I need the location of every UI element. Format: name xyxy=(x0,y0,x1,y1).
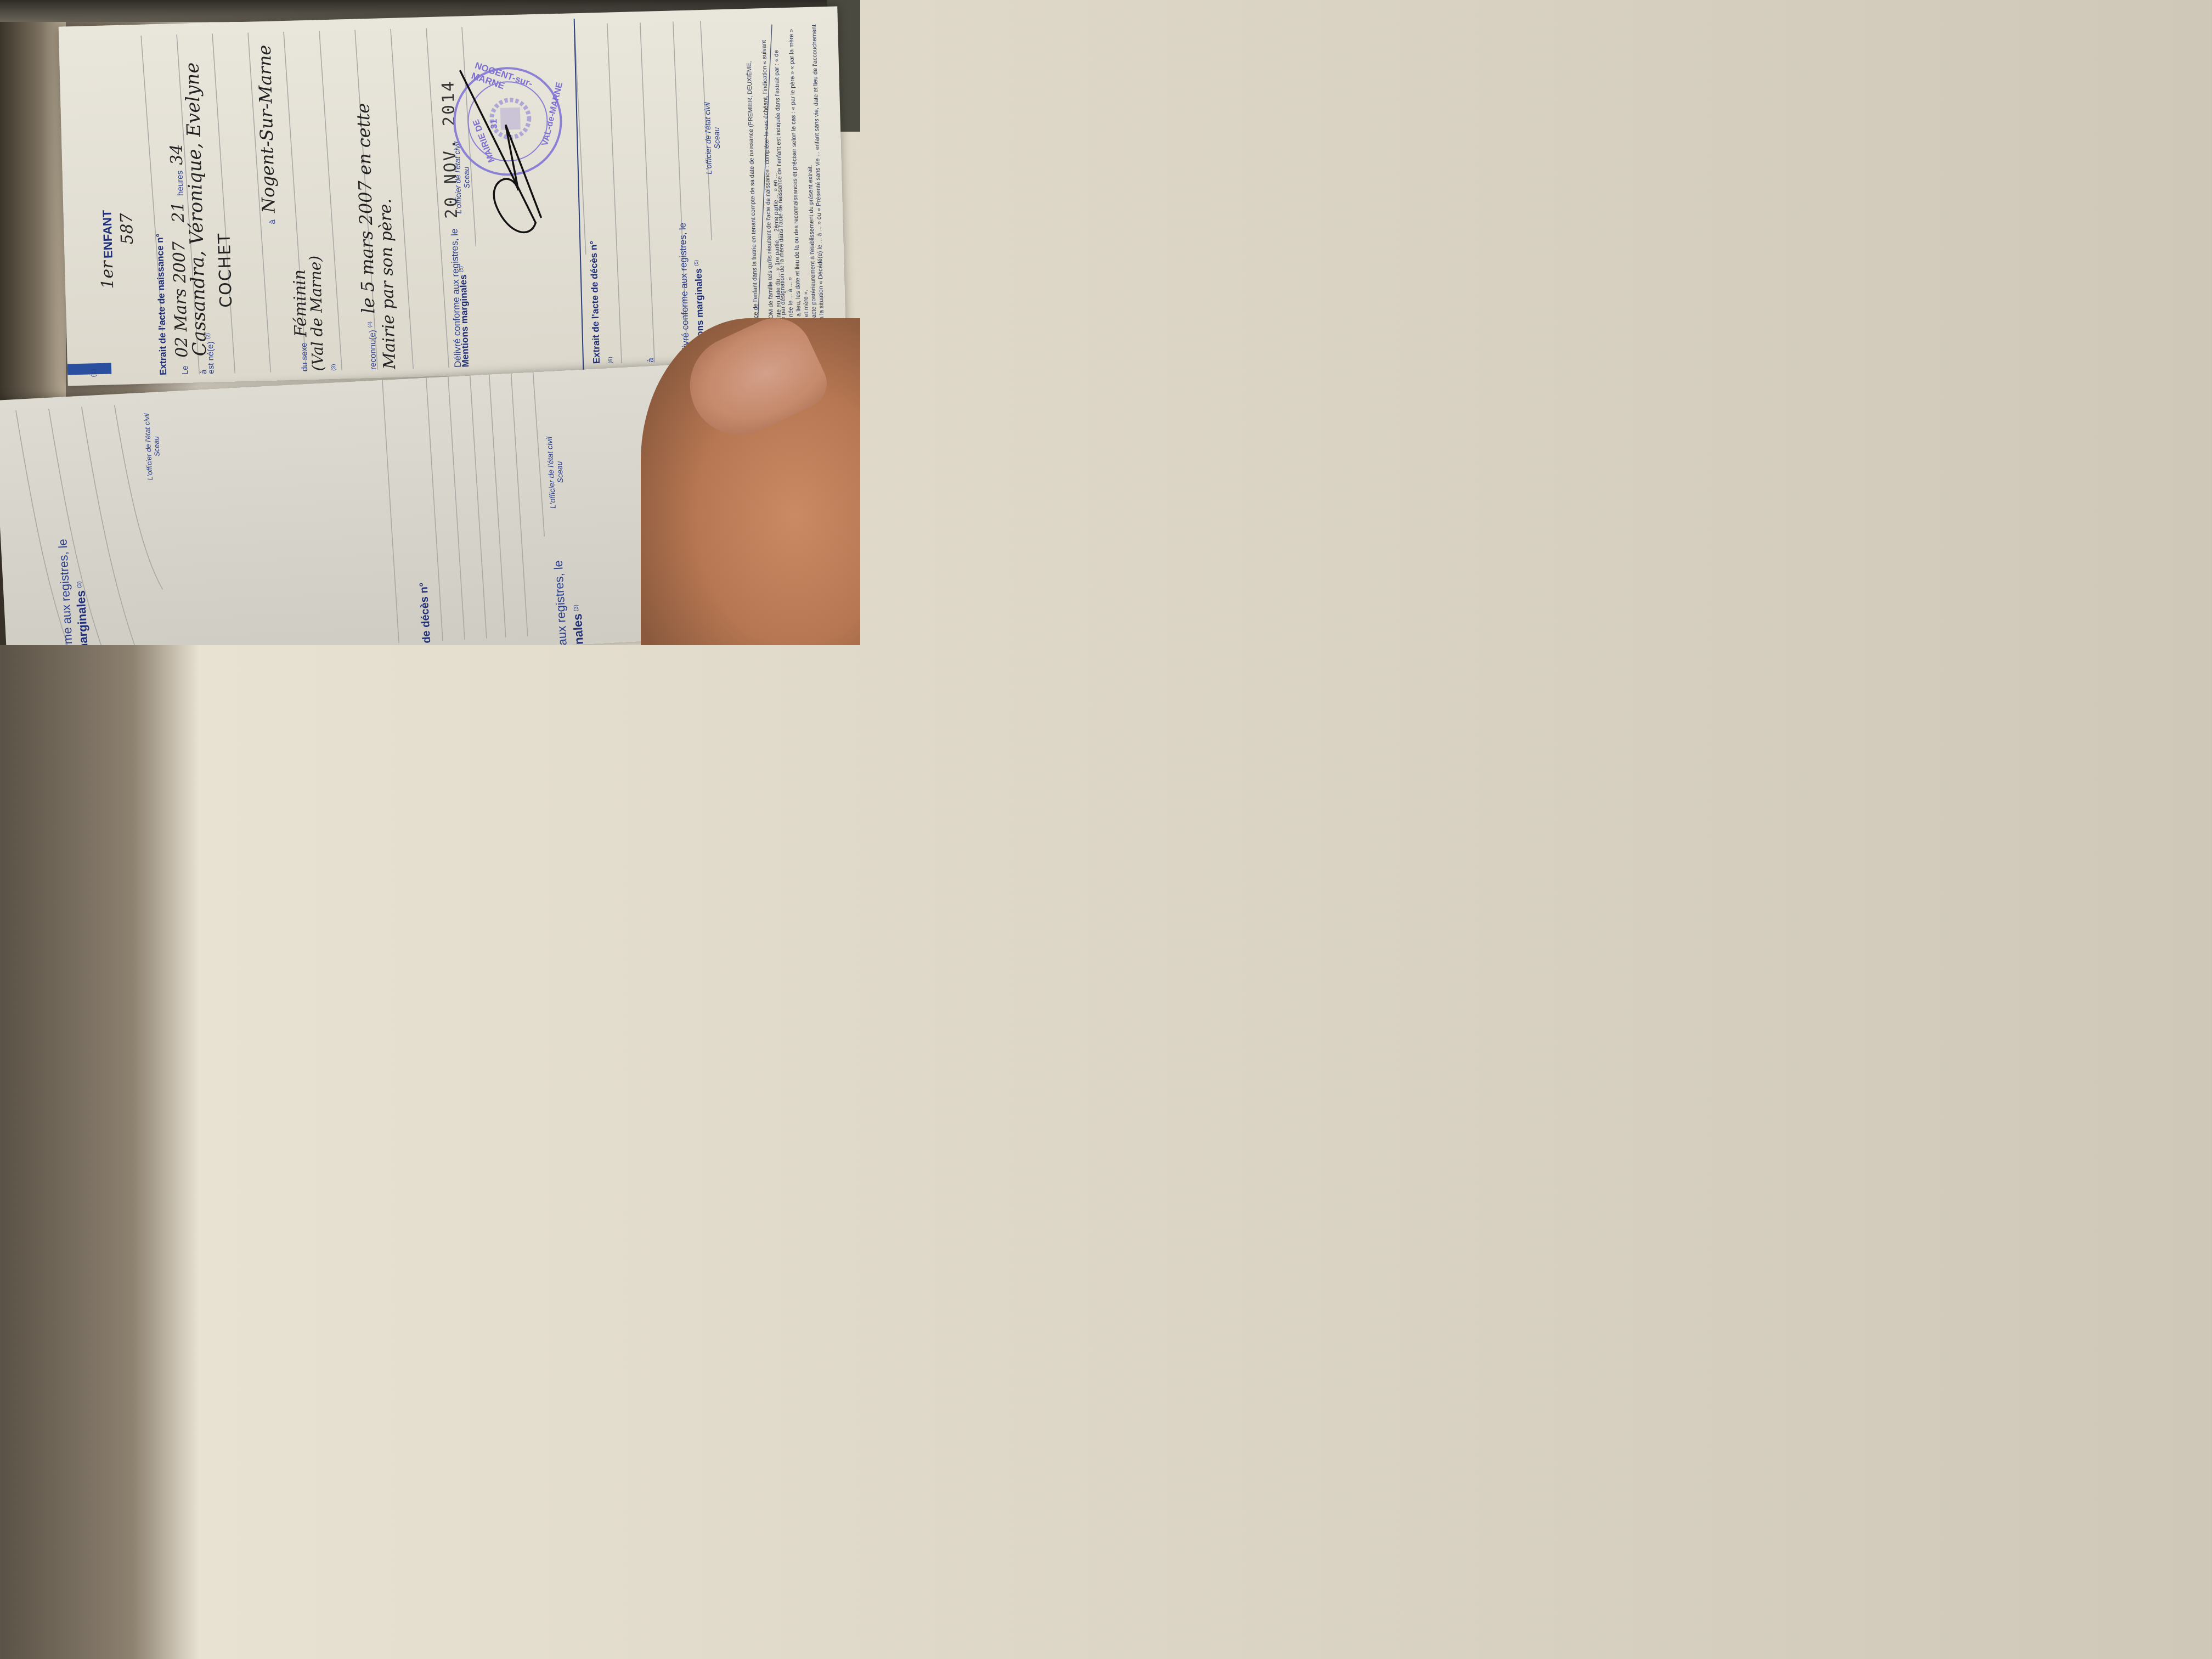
note-3: (3) xyxy=(331,364,337,371)
left-marginal-label: marginales xyxy=(74,590,91,645)
recognized-note: (4) xyxy=(367,321,373,328)
place-label-2: à xyxy=(268,219,277,224)
child-rank-handwritten: 1er xyxy=(98,261,117,289)
death-officer-label: L'officier de l'état civil xyxy=(703,102,713,174)
death-marginal-note: (5) xyxy=(693,260,699,266)
date-label: Le xyxy=(180,365,190,375)
child-rank-label: ENFANT xyxy=(100,210,115,259)
birth-act-number: 587 xyxy=(117,213,137,245)
last-name-value: COCHET xyxy=(215,232,236,308)
footnotes-col2: maternelle établie par désignation de la… xyxy=(772,23,834,364)
marginal-note: (5) xyxy=(458,266,464,272)
born-label: est né(e) xyxy=(206,341,216,374)
signature-icon xyxy=(444,57,591,258)
section-marker: (1) xyxy=(89,369,97,377)
department-value: (Val de Marne) xyxy=(306,255,328,371)
recognized-label: reconnu(e) xyxy=(368,330,378,370)
child-header: 1er ENFANT xyxy=(96,210,117,289)
left-marginal-label-2: nales xyxy=(571,613,586,645)
death-place-label: à xyxy=(646,358,656,363)
death-officer-block: L'officier de l'état civil Sceau xyxy=(703,102,722,174)
left-marginal-note-2: (3) xyxy=(573,605,580,612)
birth-place-value: Nogent-Sur-Marne xyxy=(254,44,279,213)
last-name-row: COCHET xyxy=(215,232,236,308)
death-note: (6) xyxy=(608,357,614,364)
left-marginal-row-2: nales (3) xyxy=(570,604,586,645)
left-officer-block-2: L'officier de l'état civil Sceau xyxy=(545,436,566,509)
left-marginal-note: (3) xyxy=(76,581,83,588)
born-row: est né(e) (2) xyxy=(205,333,216,374)
marginal-label: Mentions marginales xyxy=(458,274,471,368)
born-note: (2) xyxy=(205,333,210,339)
left-officer-block: L'officier de l'état civil Sceau xyxy=(143,413,162,480)
